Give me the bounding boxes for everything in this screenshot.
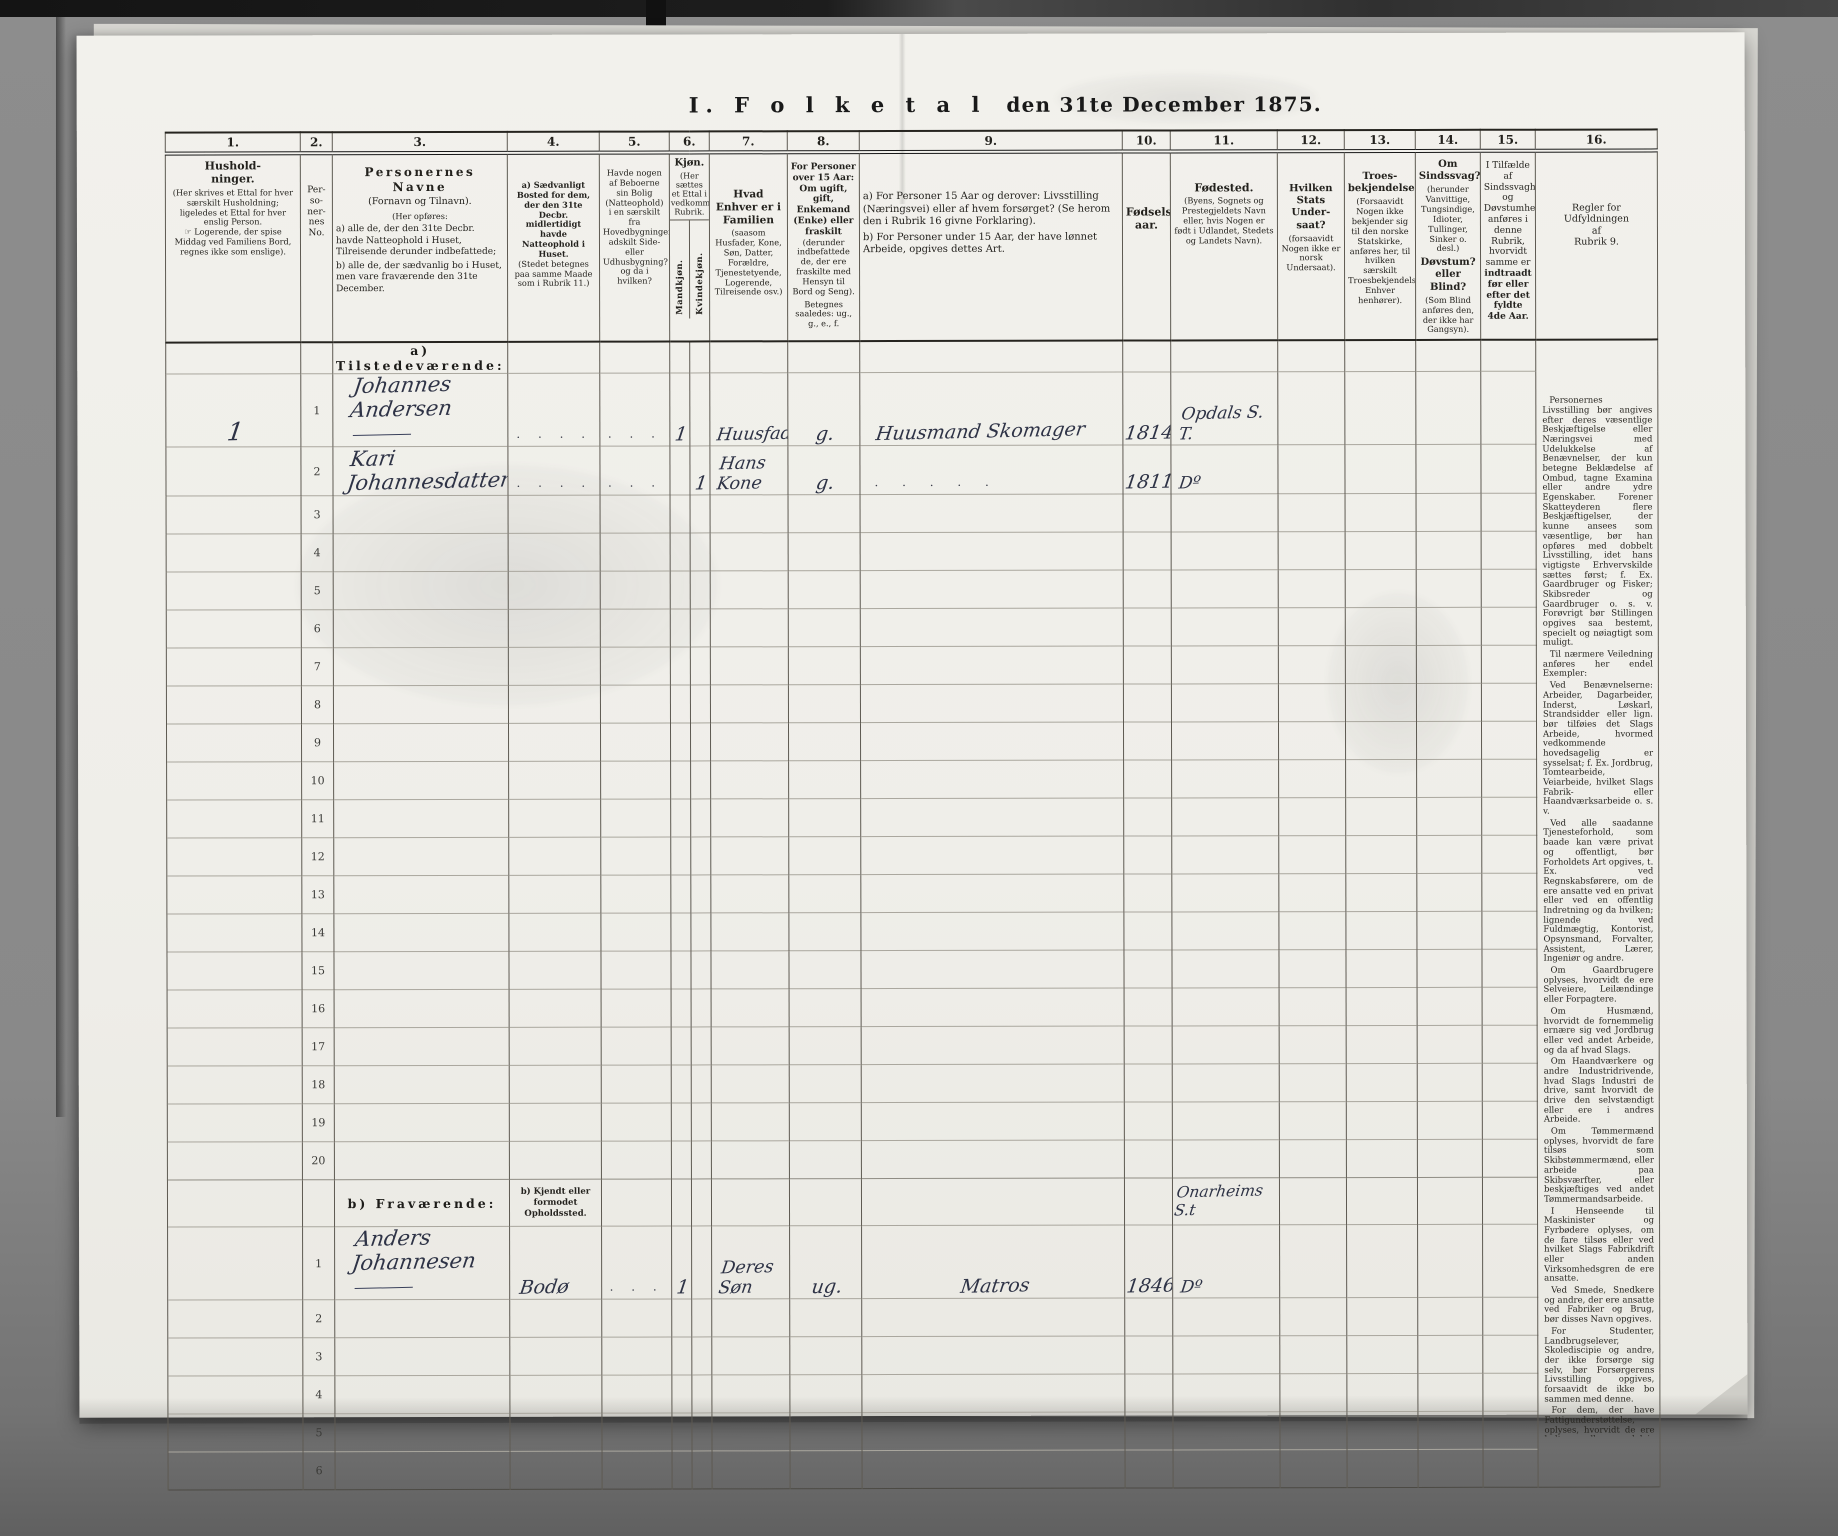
cell-occupation [862,1298,1125,1337]
handwritten-entry: 1 [674,423,689,445]
cell-m [671,837,691,875]
cell-dis [1416,570,1481,608]
cell-name [334,762,509,800]
cell-c4: . . . . [508,446,600,495]
cell-empty [860,341,1123,373]
cell-birthplace [1172,988,1279,1026]
census-row: 15 [167,949,1659,990]
cell-m [670,571,690,609]
cell-state [1279,912,1346,950]
cell-family [710,647,788,685]
cell-state [1279,874,1346,912]
cell-empty [711,1179,789,1226]
header-person-number: Per- so- ner- nes No. [300,153,332,342]
cell-name [335,1300,510,1338]
cell-m [672,1337,692,1375]
cell-c4 [509,875,601,913]
cell-dis [1418,1412,1483,1450]
column-number: 3. [332,132,507,153]
scan-edge-top-bar [0,0,1838,17]
cell-dis [1416,372,1481,445]
cell-c4 [510,1337,602,1375]
column-number: 6. [669,131,709,152]
cell-occupation: . . . . . [860,445,1123,495]
rules-paragraph: Om Tømmermænd oplyses, hvorvidt de fare … [1544,1128,1654,1206]
cell-birthplace [1171,608,1278,646]
cell-c4 [508,609,600,647]
cell-occupation [861,988,1124,1027]
column-number: 12. [1277,130,1344,151]
cell-f [690,373,710,446]
cell-c5 [600,533,670,571]
cell-f [691,913,711,951]
cell-empty [861,1178,1124,1226]
cell-dis [1417,1102,1482,1140]
cell-note [1481,493,1536,531]
handwritten-entry: Deres Søn [717,1257,790,1299]
cell-m [671,1027,691,1065]
header-sex-male: Mandkjøn. [670,221,690,319]
rules-paragraph: Om Gaardbrugere oplyses, hvorvidt de ere… [1544,967,1654,1006]
scan-edge-left-shadow [56,17,66,1117]
cell-faith [1345,608,1416,646]
cell-f [690,723,710,761]
rules-paragraph: For dem, der have Fattigunderstøttelse, … [1544,1407,1654,1437]
cell-note [1482,1101,1537,1139]
header-occupation: a) For Personer 15 Aar og derover: Livss… [859,152,1122,342]
cell-f [691,1141,711,1179]
cell-no: 5 [303,1414,335,1452]
column-number: 9. [859,131,1122,153]
cell-state [1278,608,1345,646]
cell-c5 [601,799,671,837]
header-rules: Regler for Udfyldningen af Rubrik 9. [1535,150,1657,339]
cell-note [1481,683,1536,721]
census-row: 14 [167,911,1659,952]
cell-faith [1347,1450,1418,1488]
rules-paragraph: Om Husmænd, hvorvidt de fornemmelig ernæ… [1544,1007,1654,1056]
cell-state [1278,532,1345,570]
census-row: 13 [167,873,1659,914]
cell-state [1279,798,1346,836]
cell-c5 [601,837,671,875]
column-number: 15. [1480,130,1535,151]
cell-faith [1346,798,1417,836]
rules-paragraph: Personernes Livsstilling bør angives eft… [1542,397,1653,649]
cell-no: 13 [302,876,334,914]
cell-note [1482,1063,1537,1101]
census-row: 8 [166,683,1658,724]
cell-f [692,1299,712,1337]
header-disability: Om Sindssvag? (herunder Vanvittige, Tung… [1415,151,1480,340]
cell-c5 [601,913,671,951]
cell-c5: . . . [600,446,670,495]
cell-status [789,1065,861,1103]
cell-born [1123,570,1171,608]
cell-state [1278,372,1345,445]
cell-occupation [860,646,1123,685]
cell-state [1279,760,1346,798]
cell-dis [1416,722,1481,760]
handwritten-entry: . . . . . [874,475,998,489]
cell-m [671,799,691,837]
cell-c5 [602,1299,672,1337]
cell-family [711,1065,789,1103]
cell-faith [1346,1102,1417,1140]
cell-no: 11 [302,800,334,838]
handwritten-entry: 1814 [1123,422,1171,445]
cell-empty [671,1179,691,1226]
cell-status [789,837,861,875]
cell-born: 1811 [1123,445,1171,494]
census-form-page: I. F o l k e t a lden 31te December 1875… [77,32,1748,1417]
cell-c5 [601,1141,671,1179]
cell-no: 17 [302,1028,334,1066]
cell-faith [1346,836,1417,874]
cell-state [1279,836,1346,874]
cell-m [670,647,690,685]
census-row: 6 [168,1449,1660,1490]
cell-born [1123,608,1171,646]
cell-birthplace [1172,1102,1279,1140]
cell-note [1481,371,1536,444]
cell-household: 1 [166,374,301,447]
cell-no: 15 [302,952,334,990]
cell-name [334,1066,509,1104]
cell-state [1278,570,1345,608]
cell-name [333,648,508,686]
cell-status [790,1375,862,1413]
cell-c5 [601,1027,671,1065]
cell-state [1279,1102,1346,1140]
cell-birthplace [1172,836,1279,874]
census-row: 16 [167,987,1659,1028]
cell-empty [1345,340,1416,372]
cell-no: 18 [302,1066,334,1104]
cell-c4 [509,913,601,951]
census-row: 4 [166,531,1658,572]
cell-no: 19 [302,1104,334,1142]
cell-empty [600,342,670,374]
cell-dis [1417,836,1482,874]
cell-birthplace [1172,760,1279,798]
cell-family [710,571,788,609]
cell-c4 [509,837,601,875]
census-row: 17 [167,1025,1659,1066]
cell-occupation [861,1140,1124,1179]
cell-name [335,1452,510,1490]
header-names: Personernes Navne (Fornavn og Tilnavn). … [332,153,507,343]
cell-c4 [508,647,600,685]
cell-f [690,533,710,571]
cell-state [1279,950,1346,988]
cell-birthplace [1171,646,1278,684]
cell-f [691,799,711,837]
cell-c5 [601,1065,671,1103]
cell-dis [1417,1140,1482,1178]
handwritten-entry: Johannes Andersen [345,374,508,447]
cell-empty [167,1180,302,1227]
cell-household [167,1028,302,1066]
cell-c5 [600,685,670,723]
cell-no: 9 [301,724,333,762]
cell-family [711,951,789,989]
handwritten-entry: ug. [810,1276,844,1299]
cell-name [335,1376,510,1414]
header-birthplace: Fødested. (Byens, Sognets og Prestegjeld… [1170,151,1277,340]
cell-faith [1346,1026,1417,1064]
cell-occupation [861,950,1124,989]
cell-note [1481,531,1536,569]
cell-c4 [509,1141,601,1179]
cell-status [789,1027,861,1065]
cell-occupation [862,1450,1125,1489]
cell-dis [1416,608,1481,646]
header-disability-onset: I Tilfælde af Sindssvaghed og Døvstumhed… [1480,151,1535,340]
cell-faith [1346,912,1417,950]
cell-faith [1345,445,1416,494]
cell-dis [1416,646,1481,684]
cell-birthplace: Dº [1171,445,1278,494]
cell-no: 20 [302,1142,334,1180]
cell-birthplace [1173,1450,1280,1488]
cell-f [690,571,710,609]
column-number: 13. [1344,130,1415,151]
cell-m [670,685,690,723]
cell-note [1481,444,1536,493]
cell-empty [302,1180,334,1227]
cell-c4 [509,1103,601,1141]
cell-m [671,913,691,951]
census-row: 4 [168,1373,1660,1414]
cell-dis [1417,912,1482,950]
cell-c4: Bodø [510,1226,602,1299]
cell-m [671,761,691,799]
cell-family [711,761,789,799]
cell-f [690,685,710,723]
header-sex-female: Kvindekjøn. [690,221,709,319]
cell-c4 [510,1451,602,1489]
scanned-document-background: I. F o l k e t a lden 31te December 1875… [0,0,1838,1536]
cell-c5 [600,571,670,609]
cell-born [1123,684,1171,722]
cell-dis [1416,532,1481,570]
handwritten-entry: . . . [608,476,662,490]
cell-family [710,533,788,571]
census-row: 5 [168,1411,1660,1452]
cell-empty [789,1179,861,1226]
cell-m [671,1103,691,1141]
cell-family [711,913,789,951]
handwritten-entry: 1846 [1125,1275,1173,1298]
cell-note [1481,607,1536,645]
cell-name: Johannes Andersen [333,374,508,447]
cell-dis [1416,684,1481,722]
cell-f [690,609,710,647]
handwritten-entry: Huusmand Skomager [874,418,1086,445]
cell-name: Kari Johannesdatter [333,447,508,496]
cell-name [334,1142,509,1180]
cell-c4 [509,1065,601,1103]
cell-name [333,496,508,534]
cell-born [1125,1298,1173,1336]
handwritten-entry: Anders Johannesen [347,1227,510,1300]
cell-f: 1 [690,446,710,495]
census-row: 2 [168,1297,1660,1338]
census-row: 18 [167,1063,1659,1104]
column-number: 8. [787,131,859,152]
cell-name [334,838,509,876]
cell-state [1279,988,1346,1026]
cell-family [712,1337,790,1375]
cell-birthplace [1172,1064,1279,1102]
cell-household [168,1338,303,1376]
cell-birthplace [1173,1336,1280,1374]
cell-dis [1418,1298,1483,1336]
section-absent-header-row: b) Fraværende: b) Kjendt eller formodet … [167,1177,1659,1227]
cell-born [1124,912,1172,950]
cell-empty [690,342,710,374]
cell-born [1125,1336,1173,1374]
cell-m [670,533,690,571]
cell-no: 3 [301,496,333,534]
cell-birthplace [1172,874,1279,912]
cell-f [691,951,711,989]
cell-c5 [600,609,670,647]
cell-c4 [509,761,601,799]
cell-born [1124,988,1172,1026]
cell-f [692,1451,712,1489]
cell-empty [1279,1178,1346,1225]
cell-occupation [860,494,1123,533]
section-present-label-cell: a) Tilstedeværende: [333,342,508,374]
header-marital-status: For Personer over 15 Aar: Om ugift, gift… [787,152,859,341]
cell-occupation [861,1102,1124,1141]
cell-c4 [508,571,600,609]
cell-household [166,686,301,724]
cell-dis [1418,1225,1483,1298]
cell-c5 [602,1375,672,1413]
cell-no: 14 [302,914,334,952]
cell-no: 5 [301,572,333,610]
cell-state [1278,684,1345,722]
cell-faith [1346,1140,1417,1178]
cell-name [333,686,508,724]
cell-household [166,610,301,648]
handwritten-entry: . . . [610,1280,664,1294]
cell-c5 [602,1413,672,1451]
cell-dis [1417,1064,1482,1102]
cell-household [166,572,301,610]
cell-note [1483,1335,1538,1373]
cell-status [789,799,861,837]
cell-household [168,1452,303,1490]
cell-c5 [601,761,671,799]
cell-name [334,876,509,914]
rules-paragraph: Ved alle saadanne Tjenesteforhold, som b… [1543,819,1653,965]
cell-birthplace: Opdals S. T. [1171,372,1278,445]
cell-m [671,989,691,1027]
cell-state [1278,722,1345,760]
cell-state [1280,1225,1347,1298]
handwritten-entry: Hans Kone [716,453,789,495]
cell-born [1124,1064,1172,1102]
cell-empty [788,341,860,373]
cell-household [167,1066,302,1104]
cell-name [333,610,508,648]
cell-f [691,1103,711,1141]
cell-dis [1418,1374,1483,1412]
cell-f [691,761,711,799]
handwritten-entry: 1811 [1124,471,1172,494]
cell-faith [1346,874,1417,912]
cell-dis [1417,798,1482,836]
cell-faith [1346,1064,1417,1102]
census-row: 3 [168,1335,1660,1376]
cell-faith [1345,646,1416,684]
header-outbuilding: Havde nogen af Beboerne sin Bolig (Natte… [599,153,669,342]
cell-dis [1417,988,1482,1026]
cell-no: 4 [303,1376,335,1414]
cell-birthplace [1171,684,1278,722]
cell-empty [670,342,690,374]
census-row: 11 [167,797,1659,838]
cell-note [1483,1297,1538,1335]
cell-status [788,609,860,647]
cell-family [711,1141,789,1179]
cell-household [167,762,302,800]
cell-m [671,1141,691,1179]
cell-c4 [510,1299,602,1337]
cell-family [711,799,789,837]
cell-faith [1345,532,1416,570]
cell-family [711,875,789,913]
cell-dis [1417,1026,1482,1064]
cell-f [691,837,711,875]
cell-occupation [861,1064,1124,1103]
cell-occupation [862,1374,1125,1413]
cell-note [1481,569,1536,607]
cell-born [1123,532,1171,570]
cell-dis [1418,1336,1483,1374]
cell-f [690,495,710,533]
cell-birthplace [1172,1140,1279,1178]
cell-name [334,914,509,952]
cell-born [1124,1026,1172,1064]
cell-family [712,1299,790,1337]
cell-m [670,495,690,533]
header-households: Hushold- ninger. (Her skrives et Ettal f… [165,153,300,343]
cell-status: g. [788,446,860,495]
cell-c5 [601,951,671,989]
cell-household [166,496,301,534]
cell-c5 [601,1103,671,1141]
cell-note [1483,1373,1538,1411]
cell-state [1280,1298,1347,1336]
cell-birthplace [1173,1374,1280,1412]
cell-m [671,1065,691,1103]
census-table: 1. 2. 3. 4. 5. 6. 7. 8. 9. 10. 11. 12. 1… [165,128,1661,1490]
cell-faith [1347,1225,1418,1298]
handwritten-entry: 1 [225,417,245,446]
cell-c5 [601,989,671,1027]
cell-note [1482,835,1537,873]
handwritten-entry: Opdals S. T. [1177,402,1278,444]
census-row: 1Anders JohannesenBodø. . .1Deres Sønug.… [168,1224,1660,1300]
cell-note [1481,721,1536,759]
cell-family [711,837,789,875]
cell-note [1482,1139,1537,1177]
